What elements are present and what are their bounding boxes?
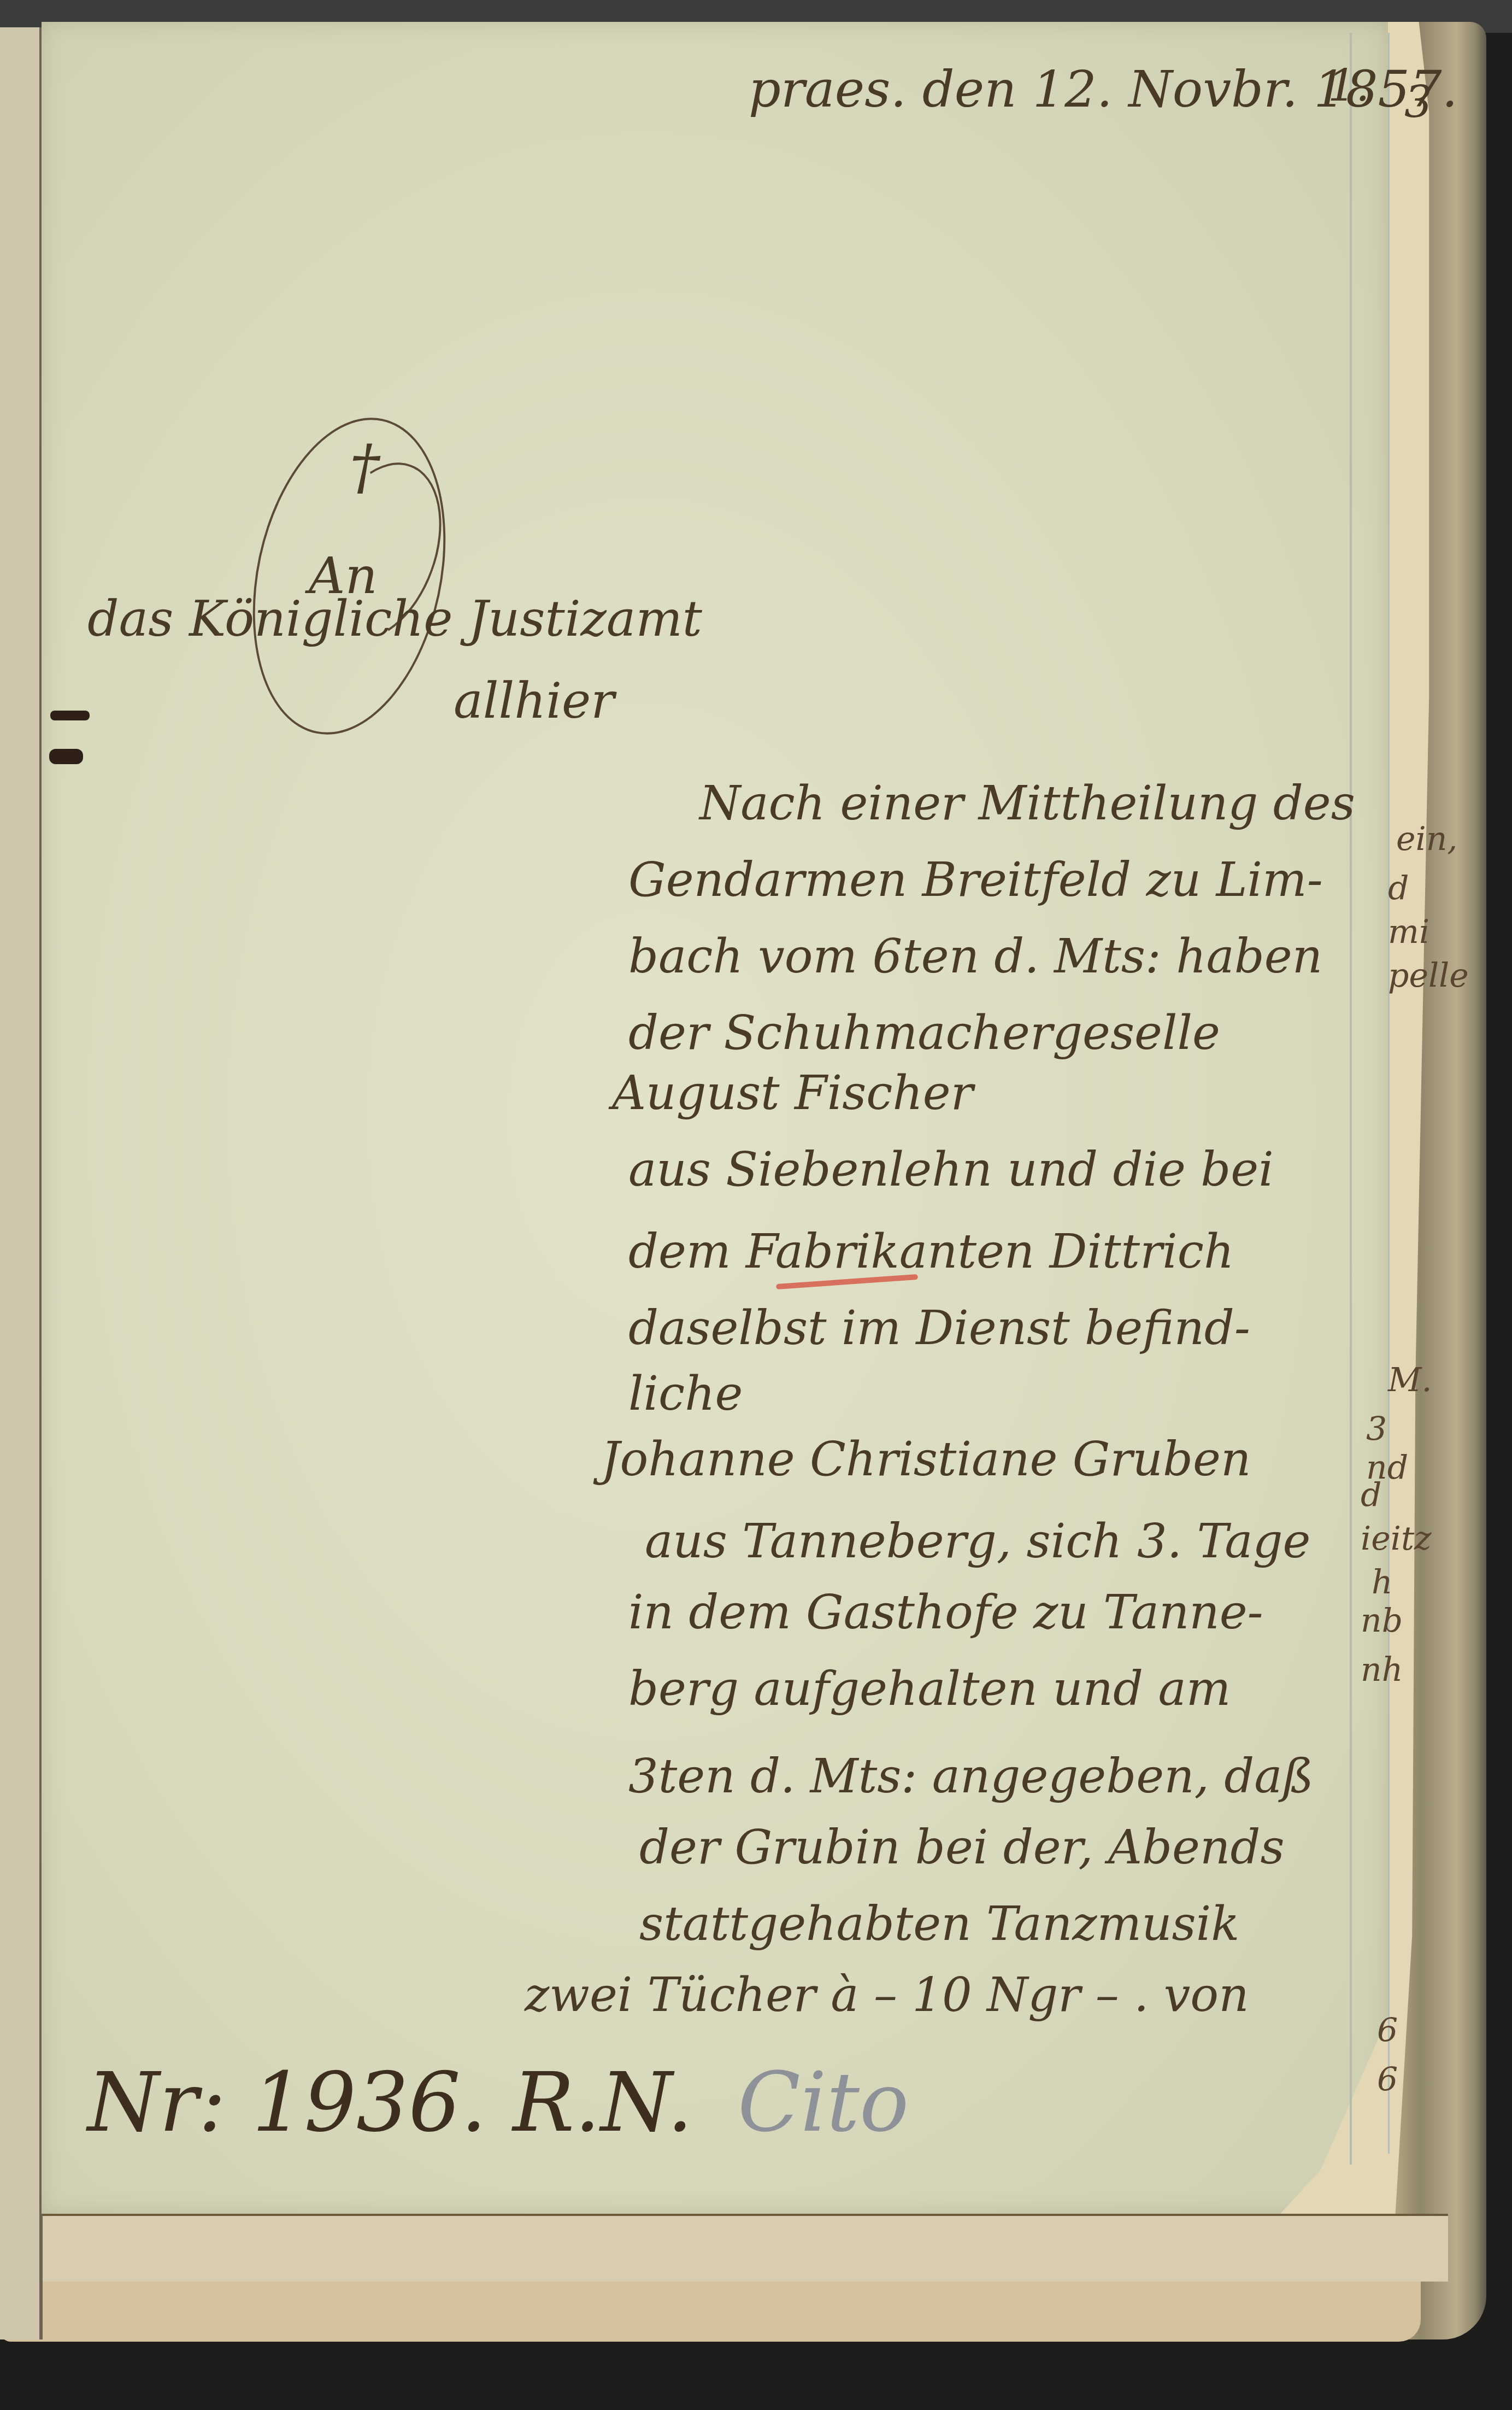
margin-fragment: ein, xyxy=(1396,820,1457,858)
body-line: Gendarmen Breitfeld zu Lim- xyxy=(628,853,1323,907)
margin-fragment: h xyxy=(1372,1563,1393,1602)
recipient-line-1: das Königliche Justizamt xyxy=(87,590,702,648)
pencil-annotation: Cito xyxy=(738,2055,909,2150)
margin-fragment: d xyxy=(1388,869,1409,907)
body-line: dem Fabrikanten Dittrich xyxy=(628,1224,1234,1279)
bottom-page-edge-1 xyxy=(0,2214,1448,2282)
underlying-folio-number: 3 xyxy=(1404,77,1432,127)
folio-number: 1. xyxy=(1328,60,1369,111)
body-line: der Schuhmachergeselle xyxy=(628,1006,1220,1060)
body-line: liche xyxy=(628,1367,743,1421)
margin-fragment: 6 xyxy=(1377,2012,1398,2050)
page-margin-rule xyxy=(1350,33,1352,2165)
bottom-page-edge-2 xyxy=(0,2279,1421,2342)
margin-fragment: 3 xyxy=(1366,1410,1387,1449)
body-line: berg aufgehalten und am xyxy=(628,1662,1231,1716)
body-line: bach vom 6ten d. Mts: haben xyxy=(628,929,1322,984)
margin-fragment: nh xyxy=(1361,1651,1403,1689)
margin-fragment: mi xyxy=(1388,913,1429,951)
margin-fragment: nb xyxy=(1361,1602,1403,1640)
body-line: daselbst im Dienst befind- xyxy=(628,1301,1250,1356)
body-line: 3ten d. Mts: angegeben, daß xyxy=(628,1749,1314,1804)
margin-fragment: 6 xyxy=(1377,2061,1398,2099)
body-line-name: August Fischer xyxy=(612,1066,973,1121)
body-line-name: Johanne Christiane Gruben xyxy=(601,1432,1251,1487)
binding-ink-mark xyxy=(50,711,90,720)
body-line: der Grubin bei der, Abends xyxy=(639,1820,1285,1875)
margin-fragment: d xyxy=(1361,1476,1381,1514)
margin-fragment: M. xyxy=(1388,1361,1432,1399)
binding-ink-mark xyxy=(49,749,83,764)
body-line: in dem Gasthofe zu Tanne- xyxy=(628,1585,1263,1640)
cross-mark-icon: † xyxy=(350,432,380,502)
reference-number: Nr: 1936. R.N. xyxy=(87,2055,693,2150)
margin-fragment: ieitz xyxy=(1361,1520,1432,1558)
underlying-page-margin-rule xyxy=(1388,33,1395,2154)
recipient-line-2: allhier xyxy=(454,672,614,730)
margin-fragment: pelle xyxy=(1388,957,1469,995)
body-line: aus Siebenlehn und die bei xyxy=(628,1142,1274,1197)
body-line: zwei Tücher à – 10 Ngr – . von xyxy=(525,1968,1249,2022)
body-line: aus Tanneberg, sich 3. Tage xyxy=(645,1514,1310,1569)
body-line: Nach einer Mittheilung des xyxy=(699,776,1355,831)
binding-gutter xyxy=(0,27,43,2339)
body-line: stattgehabten Tanzmusik xyxy=(639,1897,1239,1951)
